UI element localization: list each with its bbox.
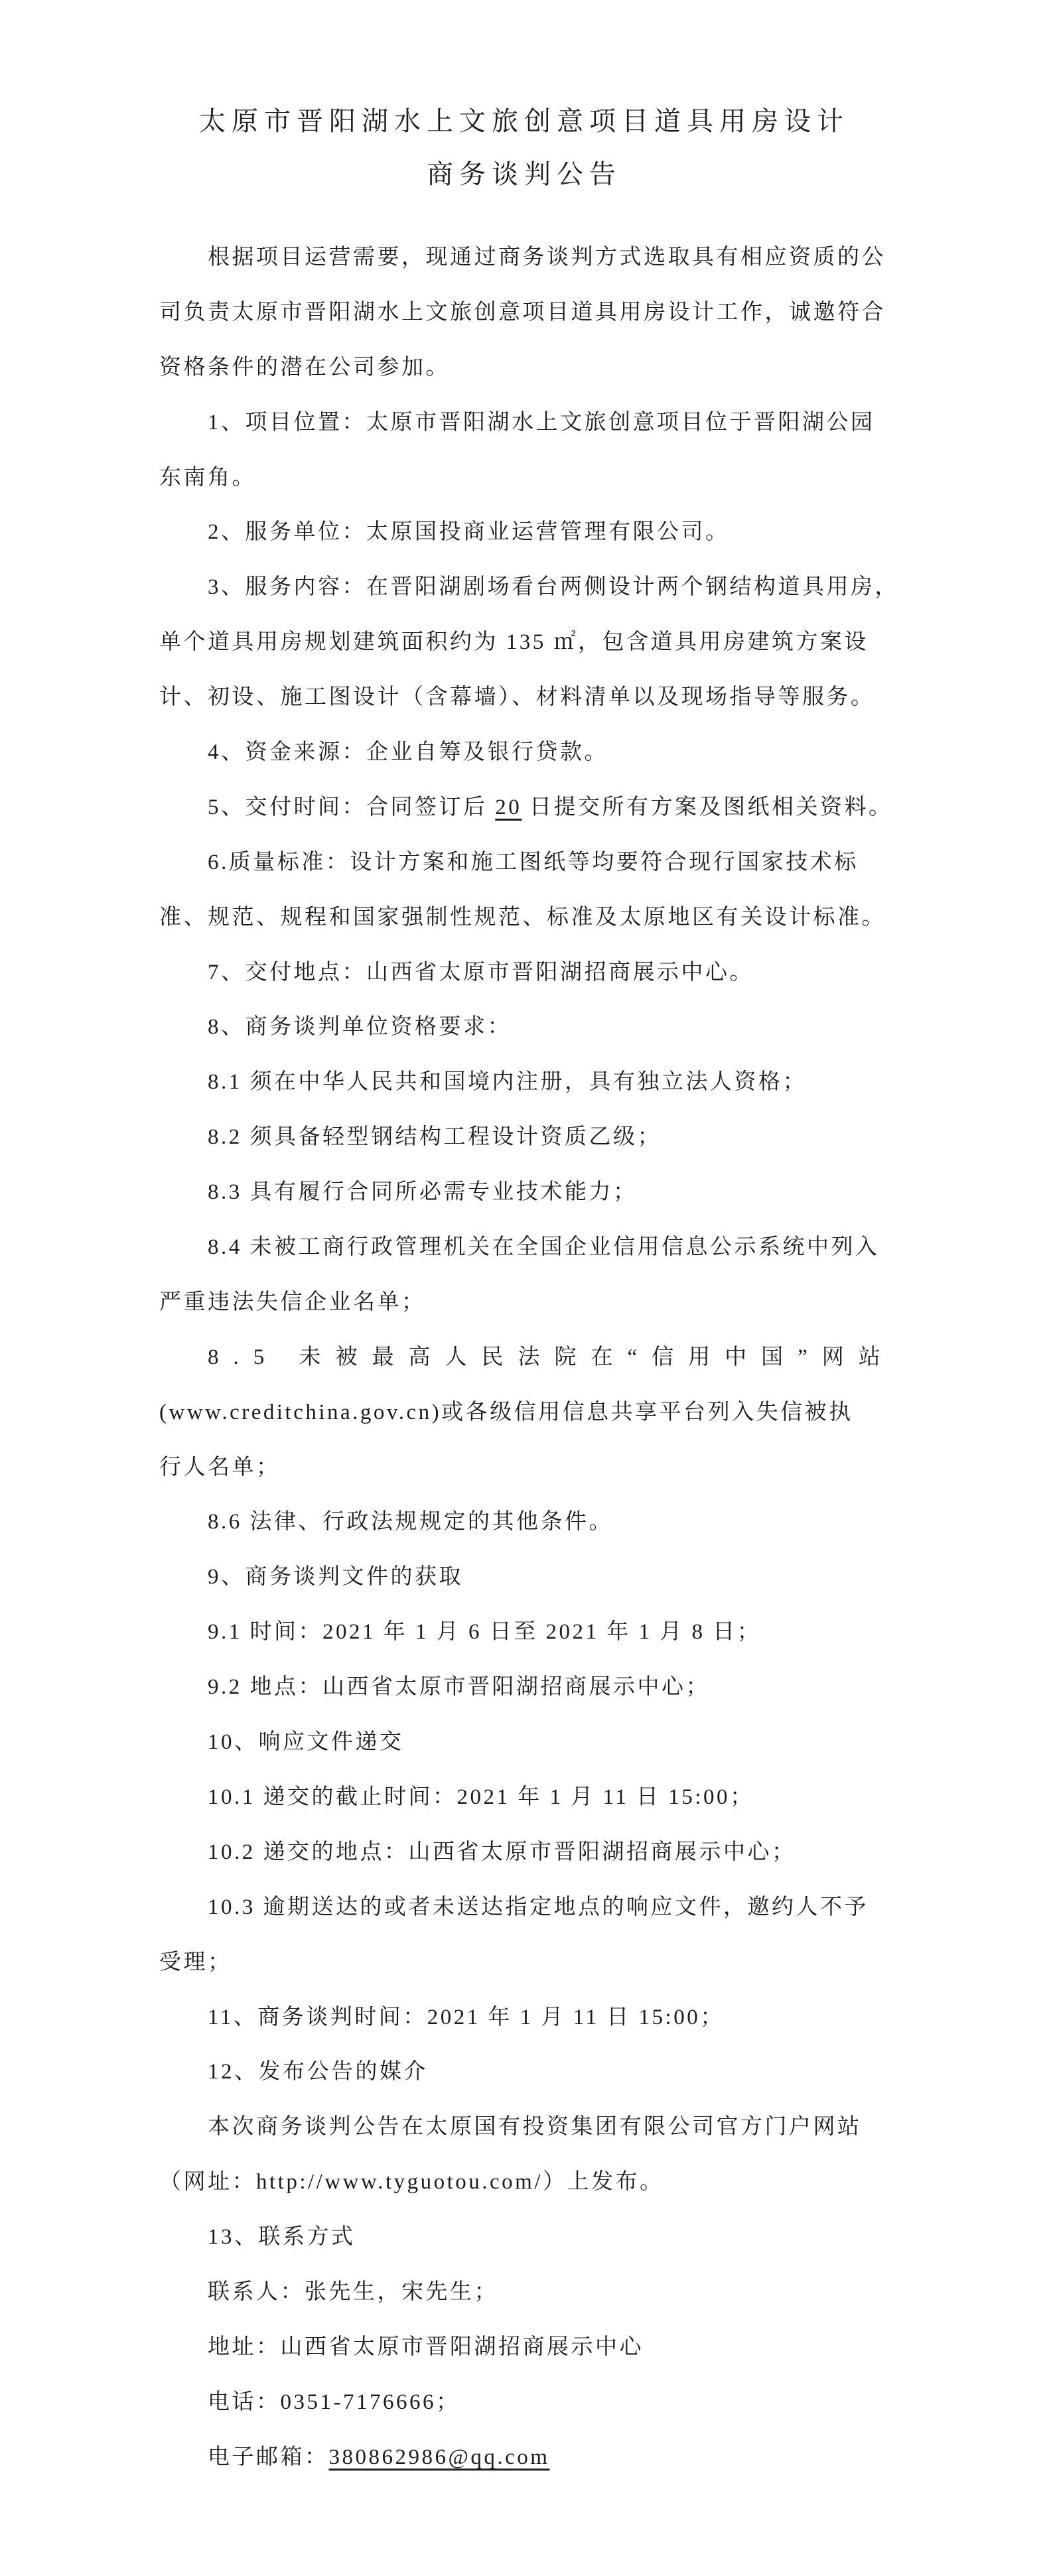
doc-line-41: 电子邮箱：380862986@qq.com <box>159 2430 889 2485</box>
text-run: 13、联系方式 <box>208 2225 356 2249</box>
doc-line-9: 计、初设、施工图设计（含幕墙）、材料清单以及现场指导等服务。 <box>159 670 889 725</box>
doc-line-19: 8.4 未被工商行政管理机关在全国企业信用信息公示系统中列入 <box>159 1220 889 1275</box>
text-run: 9、商务谈判文件的获取 <box>208 1565 463 1589</box>
doc-line-3: 资格条件的潜在公司参加。 <box>159 340 889 395</box>
text-run: 东南角。 <box>159 466 256 490</box>
text-run: （网址：http://www.tyguotou.com/）上发布。 <box>159 2170 664 2194</box>
document-page: 太原市晋阳湖水上文旅创意项目道具用房设计 商务谈判公告 根据项目运营需要，现通过… <box>0 0 1053 2576</box>
doc-line-25: 9、商务谈判文件的获取 <box>159 1550 889 1605</box>
text-run: 10、响应文件递交 <box>208 1730 404 1754</box>
doc-line-16: 8.1 须在中华人民共和国境内注册，具有独立法人资格； <box>159 1055 889 1110</box>
doc-line-32: 受理； <box>159 1935 889 1990</box>
underlined-text: 20 <box>495 795 522 819</box>
text-run: 8.6 法律、行政法规规定的其他条件。 <box>208 1510 613 1534</box>
doc-line-30: 10.2 递交的地点：山西省太原市晋阳湖招商展示中心； <box>159 1825 889 1880</box>
text-run: 4、资金来源：企业自筹及银行贷款。 <box>208 740 608 764</box>
doc-line-24: 8.6 法律、行政法规规定的其他条件。 <box>159 1495 889 1550</box>
text-run: 电子邮箱： <box>208 2445 329 2469</box>
doc-line-23: 行人名单； <box>159 1440 889 1495</box>
email-link[interactable]: 380862986@qq.com <box>329 2445 550 2469</box>
doc-line-31: 10.3 逾期送达的或者未送达指定地点的响应文件，邀约人不予 <box>159 1880 889 1935</box>
text-run: (www.creditchina.gov.cn)或各级信用信息共享平台列入失信被… <box>159 1400 853 1424</box>
doc-line-17: 8.2 须具备轻型钢结构工程设计资质乙级； <box>159 1110 889 1165</box>
text-run: 12、发布公告的媒介 <box>208 2060 428 2084</box>
text-run: 8.5 未被最高人民法院在“信用中国”网站 <box>208 1345 895 1369</box>
text-run: 7、交付地点：山西省太原市晋阳湖招商展示中心。 <box>208 961 754 984</box>
doc-line-12: 6.质量标准：设计方案和施工图纸等均要符合现行国家技术标 <box>159 835 889 890</box>
text-run: 10.2 递交的地点：山西省太原市晋阳湖招商展示中心； <box>208 1840 796 1864</box>
text-run: 联系人：张先生，宋先生； <box>208 2280 498 2304</box>
doc-line-33: 11、商务谈判时间：2021 年 1 月 11 日 15:00； <box>159 1990 889 2045</box>
doc-line-8: 单个道具用房规划建筑面积约为 135 ㎡，包含道具用房建筑方案设 <box>159 615 889 670</box>
doc-line-6: 2、服务单位：太原国投商业运营管理有限公司。 <box>159 505 889 560</box>
doc-line-34: 12、发布公告的媒介 <box>159 2045 889 2100</box>
doc-line-35: 本次商务谈判公告在太原国有投资集团有限公司官方门户网站 <box>159 2100 889 2155</box>
text-run: 11、商务谈判时间：2021 年 1 月 11 日 15:00； <box>208 2005 725 2029</box>
doc-line-5: 东南角。 <box>159 450 889 506</box>
text-run: 10.1 递交的截止时间：2021 年 1 月 11 日 15:00； <box>208 1785 754 1809</box>
text-run: 地址：山西省太原市晋阳湖招商展示中心 <box>208 2335 644 2359</box>
text-run: 8、商务谈判单位资格要求： <box>208 1015 512 1039</box>
doc-line-29: 10.1 递交的截止时间：2021 年 1 月 11 日 15:00； <box>159 1770 889 1825</box>
text-run: 9.1 时间：2021 年 1 月 6 日至 2021 年 1 月 8 日； <box>208 1620 761 1644</box>
doc-line-1: 根据项目运营需要，现通过商务谈判方式选取具有相应资质的公 <box>159 230 889 285</box>
doc-line-10: 4、资金来源：企业自筹及银行贷款。 <box>159 725 889 780</box>
text-run: 日提交所有方案及图纸相关资料。 <box>522 795 892 819</box>
doc-line-27: 9.2 地点：山西省太原市晋阳湖招商展示中心； <box>159 1660 889 1715</box>
text-run: 准、规范、规程和国家强制性规范、标准及太原地区有关设计标准。 <box>159 906 886 929</box>
text-run: 6.质量标准：设计方案和施工图纸等均要符合现行国家技术标 <box>208 850 859 874</box>
text-run: 5、交付时间：合同签订后 <box>208 795 495 819</box>
doc-line-15: 8、商务谈判单位资格要求： <box>159 1000 889 1055</box>
text-run: 严重违法失信企业名单； <box>159 1290 426 1314</box>
text-run: 电话：0351-7176666； <box>208 2390 460 2414</box>
doc-line-40: 电话：0351-7176666； <box>159 2375 889 2430</box>
announcement-document: 太原市晋阳湖水上文旅创意项目道具用房设计 商务谈判公告 根据项目运营需要，现通过… <box>0 0 1053 2485</box>
text-run: 本次商务谈判公告在太原国有投资集团有限公司官方门户网站 <box>208 2115 862 2139</box>
text-run: 1、项目位置：太原市晋阳湖水上文旅创意项目位于晋阳湖公园 <box>208 411 875 435</box>
document-body: 根据项目运营需要，现通过商务谈判方式选取具有相应资质的公司负责太原市晋阳湖水上文… <box>159 230 889 2485</box>
doc-line-39: 地址：山西省太原市晋阳湖招商展示中心 <box>159 2320 889 2375</box>
document-title: 太原市晋阳湖水上文旅创意项目道具用房设计 商务谈判公告 <box>159 95 889 201</box>
doc-line-38: 联系人：张先生，宋先生； <box>159 2265 889 2320</box>
text-run: 计、初设、施工图设计（含幕墙）、材料清单以及现场指导等服务。 <box>159 685 875 709</box>
doc-line-26: 9.1 时间：2021 年 1 月 6 日至 2021 年 1 月 8 日； <box>159 1605 889 1660</box>
doc-line-2: 司负责太原市晋阳湖水上文旅创意项目道具用房设计工作，诚邀符合 <box>159 285 889 340</box>
doc-line-14: 7、交付地点：山西省太原市晋阳湖招商展示中心。 <box>159 945 889 1000</box>
doc-line-4: 1、项目位置：太原市晋阳湖水上文旅创意项目位于晋阳湖公园 <box>159 395 889 450</box>
document-title-line-1: 太原市晋阳湖水上文旅创意项目道具用房设计 <box>159 95 889 148</box>
text-run: 8.3 具有履行合同所必需专业技术能力； <box>208 1180 638 1204</box>
text-run: 行人名单； <box>159 1456 281 1479</box>
text-run: 8.4 未被工商行政管理机关在全国企业信用信息公示系统中列入 <box>208 1235 880 1259</box>
doc-line-22: (www.creditchina.gov.cn)或各级信用信息共享平台列入失信被… <box>159 1385 889 1440</box>
text-run: 资格条件的潜在公司参加。 <box>159 356 450 379</box>
doc-line-13: 准、规范、规程和国家强制性规范、标准及太原地区有关设计标准。 <box>159 890 889 945</box>
text-run: 9.2 地点：山西省太原市晋阳湖招商展示中心； <box>208 1675 710 1699</box>
doc-line-18: 8.3 具有履行合同所必需专业技术能力； <box>159 1165 889 1220</box>
text-run: 8.1 须在中华人民共和国境内注册，具有独立法人资格； <box>208 1070 807 1094</box>
doc-line-7: 3、服务内容：在晋阳湖剧场看台两侧设计两个钢结构道具用房， <box>159 560 889 615</box>
text-run: 2、服务单位：太原国投商业运营管理有限公司。 <box>208 520 730 544</box>
text-run: 受理； <box>159 1950 232 1974</box>
text-run: 单个道具用房规划建筑面积约为 135 ㎡，包含道具用房建筑方案设 <box>159 630 869 654</box>
doc-line-11: 5、交付时间：合同签订后 20 日提交所有方案及图纸相关资料。 <box>159 780 889 835</box>
text-run: 根据项目运营需要，现通过商务谈判方式选取具有相应资质的公 <box>208 245 886 269</box>
doc-line-21: 8.5 未被最高人民法院在“信用中国”网站 <box>159 1330 889 1385</box>
doc-line-20: 严重违法失信企业名单； <box>159 1275 889 1330</box>
document-title-line-2: 商务谈判公告 <box>159 148 889 201</box>
doc-line-37: 13、联系方式 <box>159 2210 889 2265</box>
text-run: 8.2 须具备轻型钢结构工程设计资质乙级； <box>208 1125 662 1149</box>
doc-line-28: 10、响应文件递交 <box>159 1715 889 1770</box>
text-run: 司负责太原市晋阳湖水上文旅创意项目道具用房设计工作，诚邀符合 <box>159 301 886 324</box>
doc-line-36: （网址：http://www.tyguotou.com/）上发布。 <box>159 2155 889 2210</box>
text-run: 10.3 逾期送达的或者未送达指定地点的响应文件，邀约人不予 <box>208 1895 869 1919</box>
text-run: 3、服务内容：在晋阳湖剧场看台两侧设计两个钢结构道具用房， <box>208 575 899 599</box>
